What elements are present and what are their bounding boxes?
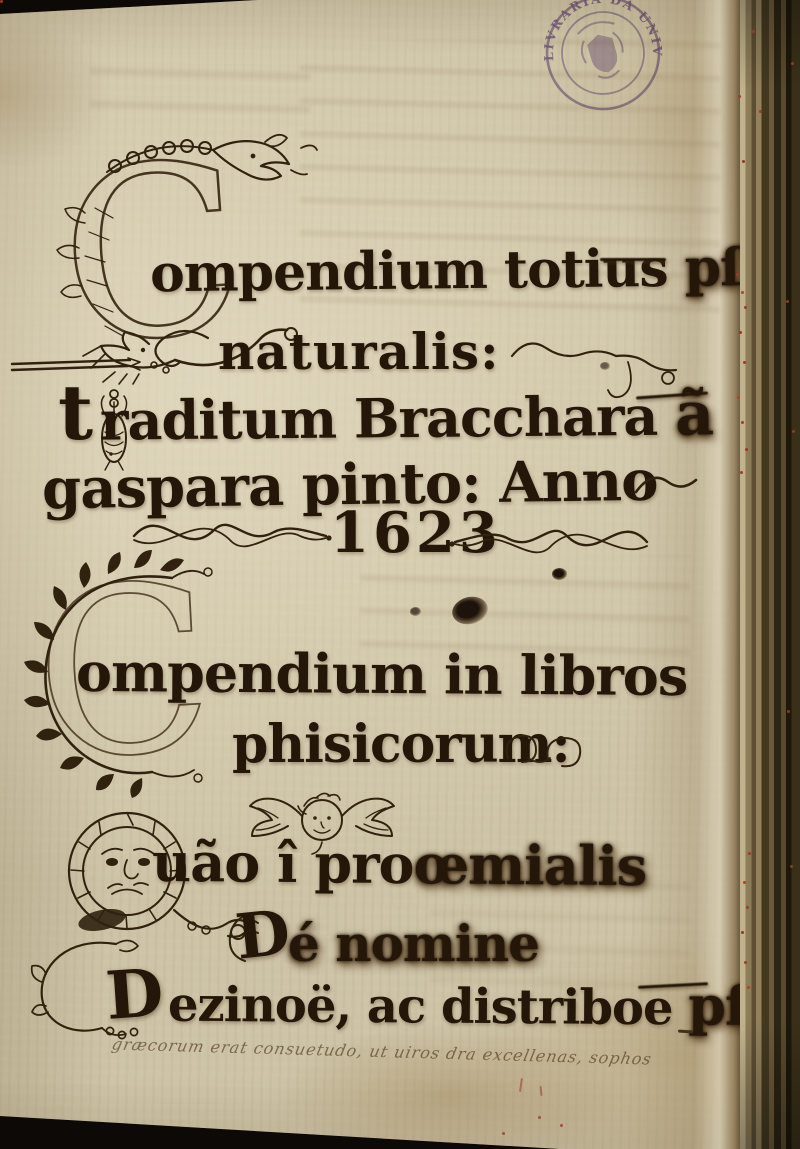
- title-line-1: ompendium totius pſiã: [150, 237, 793, 305]
- section3-line-3: ezinoë, ac distriboe pſiã.: [168, 970, 800, 1039]
- initial-d-nomine: D: [232, 895, 293, 973]
- manuscript-photo: { "stamp": { "ring_text": "LIVRARIA DA U…: [0, 0, 800, 1149]
- anno-swash-icon: [632, 462, 702, 507]
- knot-flourish-right-icon: [448, 508, 653, 568]
- ink-blot: [552, 568, 567, 580]
- title-line3-text: raditum Bracchara: [100, 384, 676, 453]
- section3-line-2: é nomine: [288, 914, 539, 973]
- initial-d-definitione: D: [103, 953, 166, 1035]
- definitione-text: ezinoë, ac distriboe: [168, 977, 689, 1037]
- title-line1-text: ompendium totius: [150, 238, 685, 305]
- title-line-2: naturalis:: [218, 322, 500, 381]
- swash-left-icon: [138, 318, 223, 378]
- title-line-3: raditum Bracchara ã: [100, 379, 714, 454]
- book-page-edges: [740, 0, 800, 1149]
- red-edge-specks: [0, 0, 3, 3]
- section2-line-1: ompendium in libros: [76, 640, 688, 708]
- abbreviation-bar: [600, 258, 666, 261]
- quaestio-text: uão î pro: [152, 830, 414, 896]
- quaestio-abbrev: œmialis: [413, 832, 646, 898]
- title-line3-abbrev: ã: [675, 379, 714, 449]
- section3-line-1: uão î proœmialis: [152, 830, 647, 898]
- ink-blot: [600, 362, 610, 370]
- ink-blot: [410, 607, 421, 616]
- spiral-flourish-icon: [500, 718, 595, 778]
